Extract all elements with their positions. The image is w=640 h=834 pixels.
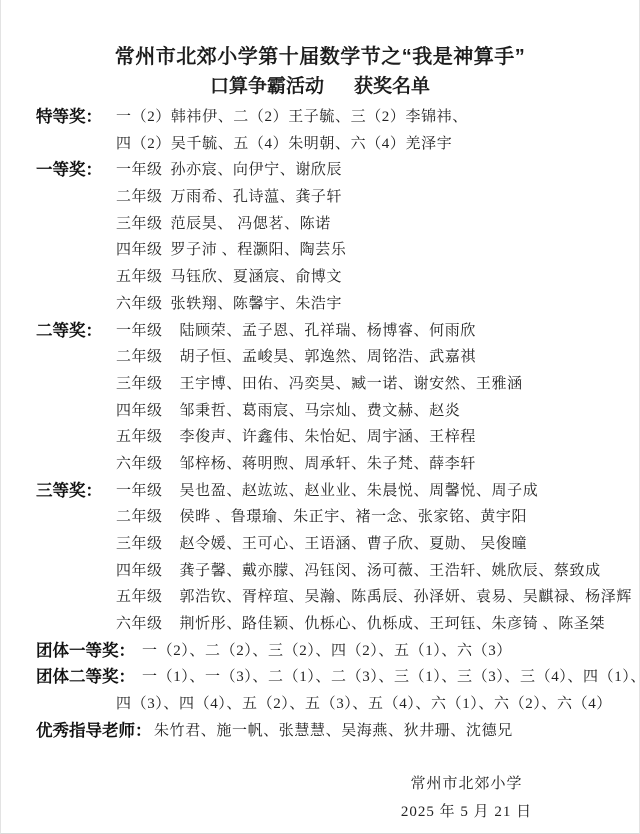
special-award-line2: 四（2）吴千毓、五（4）朱明朝、六（4）羌泽宇 [116, 136, 452, 152]
third-award-label: 三等奖： [36, 478, 116, 505]
grade-label: 六年级 [116, 611, 163, 638]
group-second-award-line1: 一（1）、一（3）、二（1）、二（3）、三（1）、三（3）、三（4）、四（1）、 [142, 669, 640, 685]
special-award-line1: 一（2）韩祎伊、二（2）王子毓、三（2）李锦祎、 [116, 109, 468, 125]
grade-label: 六年级 [116, 291, 163, 318]
subtitle-activity: 口算争霸活动 [210, 76, 324, 97]
special-award-label: 特等奖： [36, 104, 116, 131]
first-award-row: 二年级万雨希、孔诗蕰、龚子轩 [36, 184, 639, 211]
grade-label: 二年级 [116, 344, 163, 371]
names-text: 龚子馨、戴亦朦、冯钰闵、汤可薇、王浩轩、姚欣辰、蔡致成 [180, 563, 601, 579]
grade-label: 四年级 [116, 237, 163, 264]
names-text: 荆忻彤、路佳颖、仇栎心、仇栎成、王珂钰、朱彦锜 、陈圣桀 [180, 616, 606, 632]
grade-label: 三年级 [116, 371, 163, 398]
grade-label: 四年级 [116, 558, 163, 585]
names-text: 张轶翔、陈馨宇、朱浩宇 [171, 296, 343, 312]
grade-label: 三年级 [116, 531, 163, 558]
names-text: 邹秉哲、葛雨宸、马宗灿、费文赫、赵炎 [180, 403, 461, 419]
second-award-row: 二等奖：一年级陆顾荣、孟子恩、孔祥瑞、杨博睿、何雨欣 [36, 318, 639, 345]
page-subtitle: 口算争霸活动获奖名单 [1, 72, 639, 102]
group-first-award-label: 团体一等奖： [36, 638, 142, 665]
names-text: 侯晔 、鲁璟瑜、朱正宇、褚一念、张家铭、黄宇阳 [180, 509, 528, 525]
second-award-row: 三年级王宇博、田佑、冯奕昊、臧一诺、谢安然、王雅涵 [36, 371, 639, 398]
group-first-award-line: 一（2）、二（2）、三（2）、四（2）、五（1）、六（3） [142, 643, 512, 659]
grade-label: 一年级 [116, 157, 163, 184]
first-award-row: 一等奖：一年级孙亦宸、向伊宁、谢欣辰 [36, 157, 639, 184]
second-award-label: 二等奖： [36, 318, 116, 345]
third-award-row: 三等奖：一年级吴也盈、赵竑竑、赵业业、朱晨悦、周馨悦、周子成 [36, 478, 639, 505]
page-title: 常州市北郊小学第十届数学节之“我是神算手” [1, 42, 639, 72]
grade-label: 一年级 [116, 478, 163, 505]
grade-label: 五年级 [116, 424, 163, 451]
second-award-row: 四年级邹秉哲、葛雨宸、马宗灿、费文赫、赵炎 [36, 398, 639, 425]
teachers-row: 优秀指导老师：朱竹君、施一帆、张慧慧、吴海燕、狄井珊、沈德兄 [36, 718, 639, 745]
names-text: 王宇博、田佑、冯奕昊、臧一诺、谢安然、王雅涵 [180, 376, 523, 392]
group-second-award-row: 团体二等奖：一（1）、一（3）、二（1）、二（3）、三（1）、三（3）、三（4）… [36, 664, 639, 691]
document-body: 特等奖：一（2）韩祎伊、二（2）王子毓、三（2）李锦祎、 四（2）吴千毓、五（4… [1, 102, 639, 745]
document-page: 常州市北郊小学第十届数学节之“我是神算手” 口算争霸活动获奖名单 特等奖：一（2… [0, 0, 640, 834]
first-award-row: 四年级罗子沛 、程灏阳、陶芸乐 [36, 237, 639, 264]
third-award-row: 六年级荆忻彤、路佳颖、仇栎心、仇栎成、王珂钰、朱彦锜 、陈圣桀 [36, 611, 639, 638]
names-text: 万雨希、孔诗蕰、龚子轩 [171, 189, 343, 205]
special-award-row: 特等奖：一（2）韩祎伊、二（2）王子毓、三（2）李锦祎、 [36, 104, 639, 131]
first-award-label: 一等奖： [36, 157, 116, 184]
grade-label: 二年级 [116, 504, 163, 531]
names-text: 赵令媛、王可心、王语涵、曹子欣、夏勋、 吴俊曈 [180, 536, 528, 552]
document-header: 常州市北郊小学第十届数学节之“我是神算手” 口算争霸活动获奖名单 [1, 0, 639, 102]
teachers-names: 朱竹君、施一帆、张慧慧、吴海燕、狄井珊、沈德兄 [154, 723, 513, 739]
second-award-row: 五年级李俊声、许鑫伟、朱怡妃、周宇涵、王梓程 [36, 424, 639, 451]
grade-label: 二年级 [116, 184, 163, 211]
third-award-row: 四年级龚子馨、戴亦朦、冯钰闵、汤可薇、王浩轩、姚欣辰、蔡致成 [36, 558, 639, 585]
subtitle-list-name: 获奖名单 [354, 76, 430, 97]
names-text: 吴也盈、赵竑竑、赵业业、朱晨悦、周馨悦、周子成 [180, 483, 539, 499]
grade-label: 五年级 [116, 584, 163, 611]
names-text: 邹梓杨、蒋明煦、周承轩、朱子梵、薛李轩 [180, 456, 476, 472]
second-award-row: 六年级邹梓杨、蒋明煦、周承轩、朱子梵、薛李轩 [36, 451, 639, 478]
special-award-row: 四（2）吴千毓、五（4）朱明朝、六（4）羌泽宇 [36, 131, 639, 158]
teachers-label: 优秀指导老师： [36, 718, 154, 745]
group-second-award-line2: 四（3）、四（4）、五（2）、五（3）、五（4）、六（1）、六（2）、六（4） [116, 696, 612, 712]
third-award-row: 二年级侯晔 、鲁璟瑜、朱正宇、褚一念、张家铭、黄宇阳 [36, 504, 639, 531]
signature-block: 常州市北郊小学 2025 年 5 月 21 日 [384, 770, 549, 826]
names-text: 孙亦宸、向伊宁、谢欣辰 [171, 162, 343, 178]
names-text: 范辰昊、 冯偲茗、陈诺 [171, 216, 331, 232]
names-text: 马钰欣、夏涵宸、俞博文 [171, 269, 343, 285]
first-award-row: 六年级张轶翔、陈馨宇、朱浩宇 [36, 291, 639, 318]
signature-date: 2025 年 5 月 21 日 [384, 798, 549, 826]
grade-label: 五年级 [116, 264, 163, 291]
grade-label: 六年级 [116, 451, 163, 478]
signature-school: 常州市北郊小学 [384, 770, 549, 798]
first-award-row: 五年级马钰欣、夏涵宸、俞博文 [36, 264, 639, 291]
third-award-row: 五年级郭浩钦、胥梓瑄、吴瀚、陈禹辰、孙泽妍、袁易、吴麒禄、杨泽辉 [36, 584, 639, 611]
names-text: 罗子沛 、程灏阳、陶芸乐 [171, 242, 347, 258]
group-second-award-label: 团体二等奖： [36, 664, 142, 691]
group-second-award-row: 四（3）、四（4）、五（2）、五（3）、五（4）、六（1）、六（2）、六（4） [36, 691, 639, 718]
third-award-row: 三年级赵令媛、王可心、王语涵、曹子欣、夏勋、 吴俊曈 [36, 531, 639, 558]
grade-label: 三年级 [116, 211, 163, 238]
group-first-award-row: 团体一等奖：一（2）、二（2）、三（2）、四（2）、五（1）、六（3） [36, 638, 639, 665]
names-text: 郭浩钦、胥梓瑄、吴瀚、陈禹辰、孙泽妍、袁易、吴麒禄、杨泽辉 [180, 589, 632, 605]
second-award-row: 二年级胡子恒、孟峻昊、郭逸然、周铭浩、武嘉祺 [36, 344, 639, 371]
names-text: 陆顾荣、孟子恩、孔祥瑞、杨博睿、何雨欣 [180, 323, 476, 339]
first-award-row: 三年级范辰昊、 冯偲茗、陈诺 [36, 211, 639, 238]
names-text: 胡子恒、孟峻昊、郭逸然、周铭浩、武嘉祺 [180, 349, 476, 365]
grade-label: 四年级 [116, 398, 163, 425]
names-text: 李俊声、许鑫伟、朱怡妃、周宇涵、王梓程 [180, 429, 476, 445]
grade-label: 一年级 [116, 318, 163, 345]
